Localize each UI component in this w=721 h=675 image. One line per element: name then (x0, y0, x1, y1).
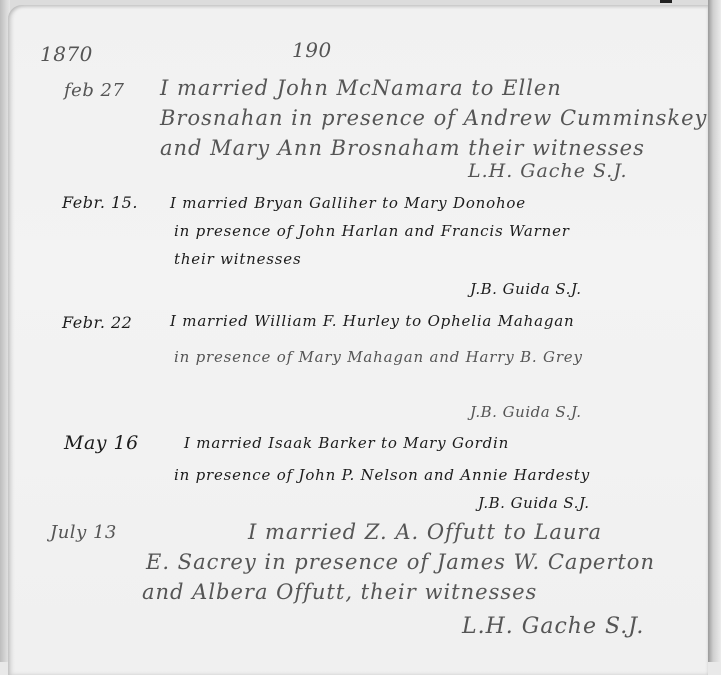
entry-signature: J.B. Guida S.J. (470, 403, 582, 421)
entry-line: I married Bryan Galliher to Mary Donohoe (170, 194, 526, 212)
entry-line: E. Sacrey in presence of James W. Capert… (146, 550, 655, 574)
entry-line: I married William F. Hurley to Ophelia M… (170, 312, 574, 330)
entry-date: feb 27 (64, 80, 124, 101)
entry-line: in presence of John Harlan and Francis W… (174, 222, 570, 240)
entry-date: Febr. 15. (62, 193, 138, 212)
entry-date: July 13 (50, 522, 117, 543)
entry-date: Febr. 22 (62, 313, 132, 332)
register-year: 1870 (40, 42, 93, 66)
page-number: 190 (292, 38, 332, 62)
scan-marker (660, 0, 672, 3)
entry-line: in presence of John P. Nelson and Annie … (174, 466, 590, 484)
entry-signature: J.B. Guida S.J. (470, 280, 582, 298)
entry-line: I married Z. A. Offutt to Laura (248, 520, 602, 544)
entry-line: their witnesses (174, 250, 301, 268)
entry-line: and Mary Ann Brosnaham their witnesses (160, 136, 645, 160)
entry-signature: L.H. Gache S.J. (468, 160, 628, 182)
entry-signature: J.B. Guida S.J. (478, 494, 590, 512)
entry-line: Brosnahan in presence of Andrew Cumminsk… (160, 106, 707, 130)
entry-signature: L.H. Gache S.J. (462, 614, 644, 639)
entry-date: May 16 (64, 432, 139, 454)
entry-line: I married Isaak Barker to Mary Gordin (184, 434, 509, 452)
entry-line: in presence of Mary Mahagan and Harry B.… (174, 348, 583, 366)
page-binding-edge (708, 0, 721, 662)
entry-line: I married John McNamara to Ellen (160, 76, 562, 100)
entry-line: and Albera Offutt, their witnesses (142, 580, 537, 604)
